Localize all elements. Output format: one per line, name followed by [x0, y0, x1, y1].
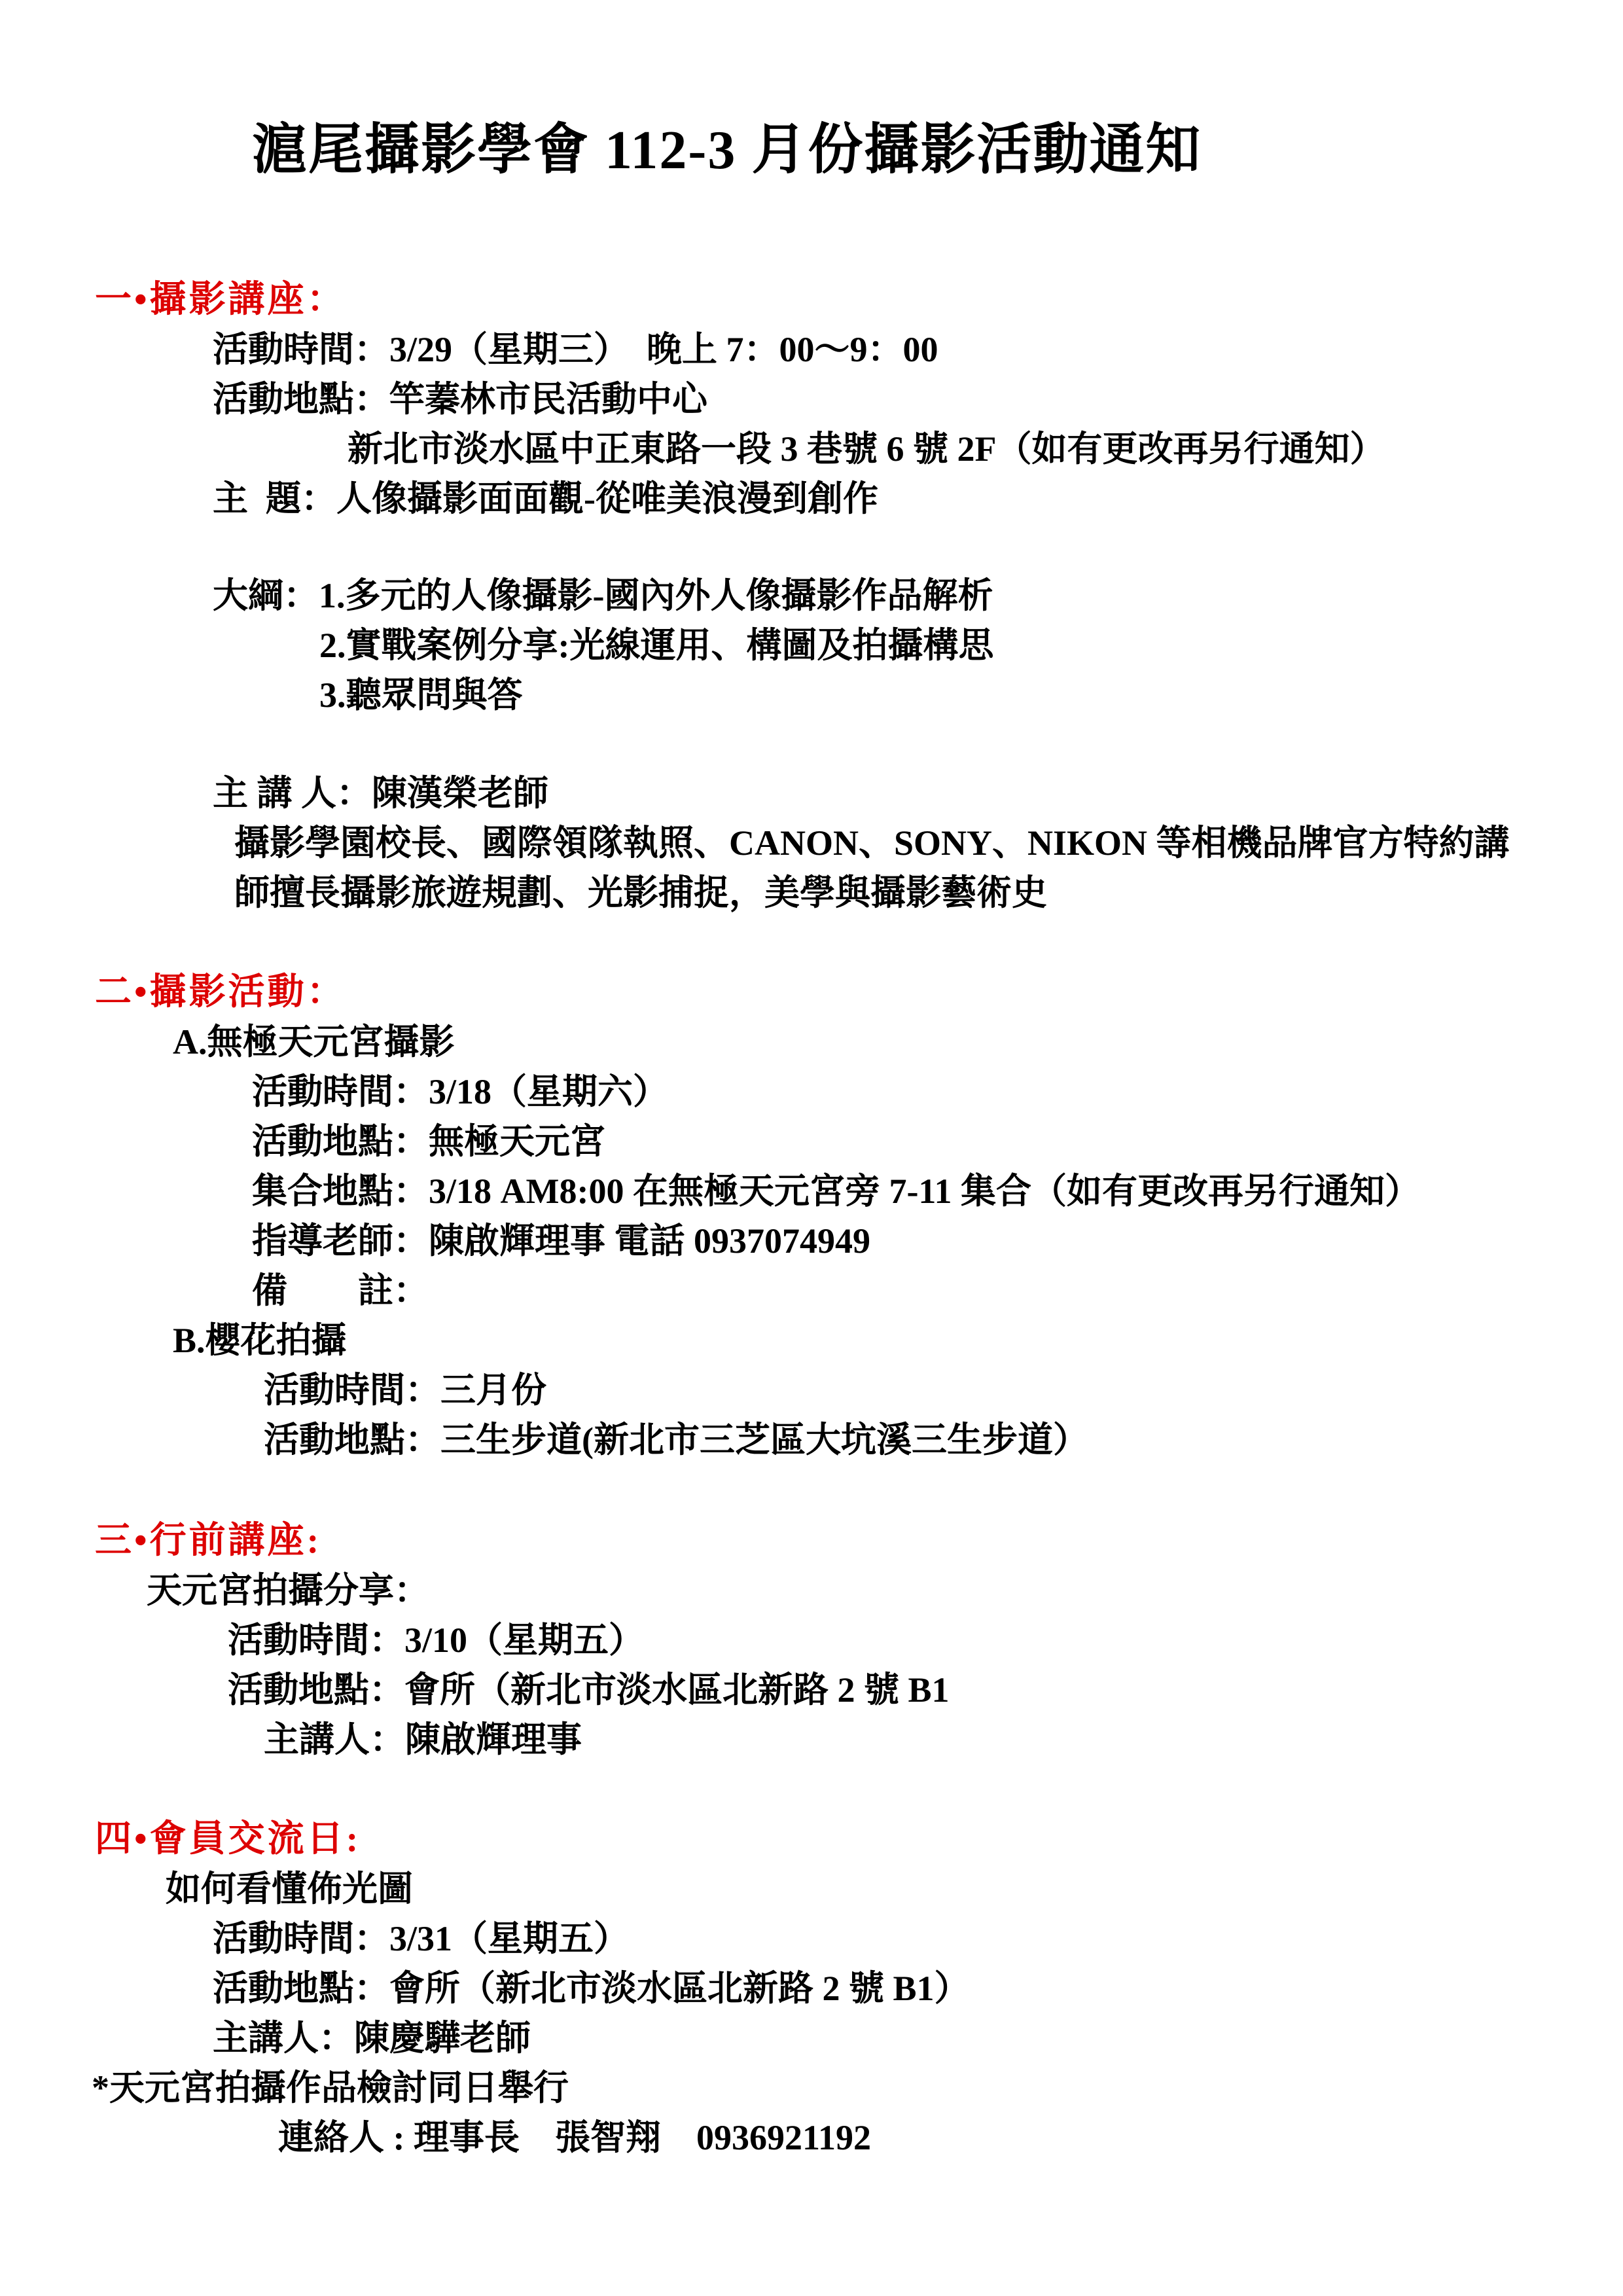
speaker-bio-line-2: 師擅長攝影旅遊規劃、光影捕捉，美學與攝影藝術史 [234, 868, 1623, 918]
event-a-meeting-line: 集合地點：3/18 AM8:00 在無極天元宮旁 7-11 集合（如有更改再另行… [252, 1166, 1623, 1216]
exchange-speaker-line: 主講人：陳慶驊老師 [213, 2013, 1623, 2063]
speaker-line: 主 講 人：陳漢榮老師 [213, 768, 1623, 818]
briefing-speaker-line: 主講人：陳啟輝理事 [264, 1715, 1623, 1765]
briefing-title-line: 天元宮拍攝分享： [147, 1566, 1623, 1615]
section-4-heading: 四•會員交流日: [95, 1814, 1623, 1864]
event-b-time-line: 活動時間：三月份 [264, 1365, 1623, 1415]
speaker-bio-line-1: 攝影學園校長、國際領隊執照、CANON、SONY、NIKON 等相機品牌官方特約… [234, 818, 1623, 868]
event-b-title: B.櫻花拍攝 [173, 1316, 1623, 1365]
notice-document: 滬尾攝影學會 112-3 月份攝影活動通知 一•攝影講座： 活動時間：3/29（… [0, 0, 1623, 2296]
exchange-topic-line: 如何看懂佈光圖 [166, 1864, 1623, 1914]
section-3-heading: 三•行前講座: [95, 1516, 1623, 1566]
event-a-place-line: 活動地點：無極天元宮 [252, 1117, 1623, 1166]
exchange-time-line: 活動時間：3/31（星期五） [213, 1914, 1623, 1964]
page-title: 滬尾攝影學會 112-3 月份攝影活動通知 [252, 111, 1623, 190]
outline-item-1: 大綱：1.多元的人像攝影-國內外人像攝影作品解析 [213, 571, 1623, 620]
event-a-remark-line: 備 註： [252, 1266, 1623, 1316]
activity-place-line: 活動地點：竿蓁林市民活動中心 [213, 374, 1623, 424]
event-b-place-line: 活動地點：三生步道(新北市三芝區大坑溪三生步道） [264, 1415, 1623, 1465]
event-a-instructor-line: 指導老師：陳啟輝理事 電話 0937074949 [252, 1216, 1623, 1266]
event-a-title: A.無極天元宮攝影 [173, 1017, 1623, 1067]
briefing-time-line: 活動時間：3/10（星期五） [228, 1615, 1623, 1665]
contact-line: 連絡人 : 理事長 張智翔 0936921192 [278, 2113, 1623, 2162]
address-line: 新北市淡水區中正東路一段 3 巷號 6 號 2F（如有更改再另行通知） [348, 424, 1623, 474]
briefing-place-line: 活動地點：會所（新北市淡水區北新路 2 號 B1 [228, 1665, 1623, 1715]
section-1-heading: 一•攝影講座： [95, 275, 1623, 325]
exchange-place-line: 活動地點：會所（新北市淡水區北新路 2 號 B1） [213, 1964, 1623, 2013]
outline-item-3: 3.聽眾問與答 [319, 670, 1623, 720]
activity-time-line: 活動時間：3/29（星期三） 晚上 7：00～9：00 [213, 325, 1623, 374]
topic-line: 主 題：人像攝影面面觀-從唯美浪漫到創作 [213, 474, 1623, 524]
outline-item-2: 2.實戰案例分享:光線運用、構圖及拍攝構思 [319, 620, 1623, 670]
section-2-heading: 二•攝影活動： [95, 967, 1623, 1017]
event-a-time-line: 活動時間：3/18（星期六） [252, 1067, 1623, 1117]
footnote-line: *天元宮拍攝作品檢討同日舉行 [92, 2063, 1623, 2113]
